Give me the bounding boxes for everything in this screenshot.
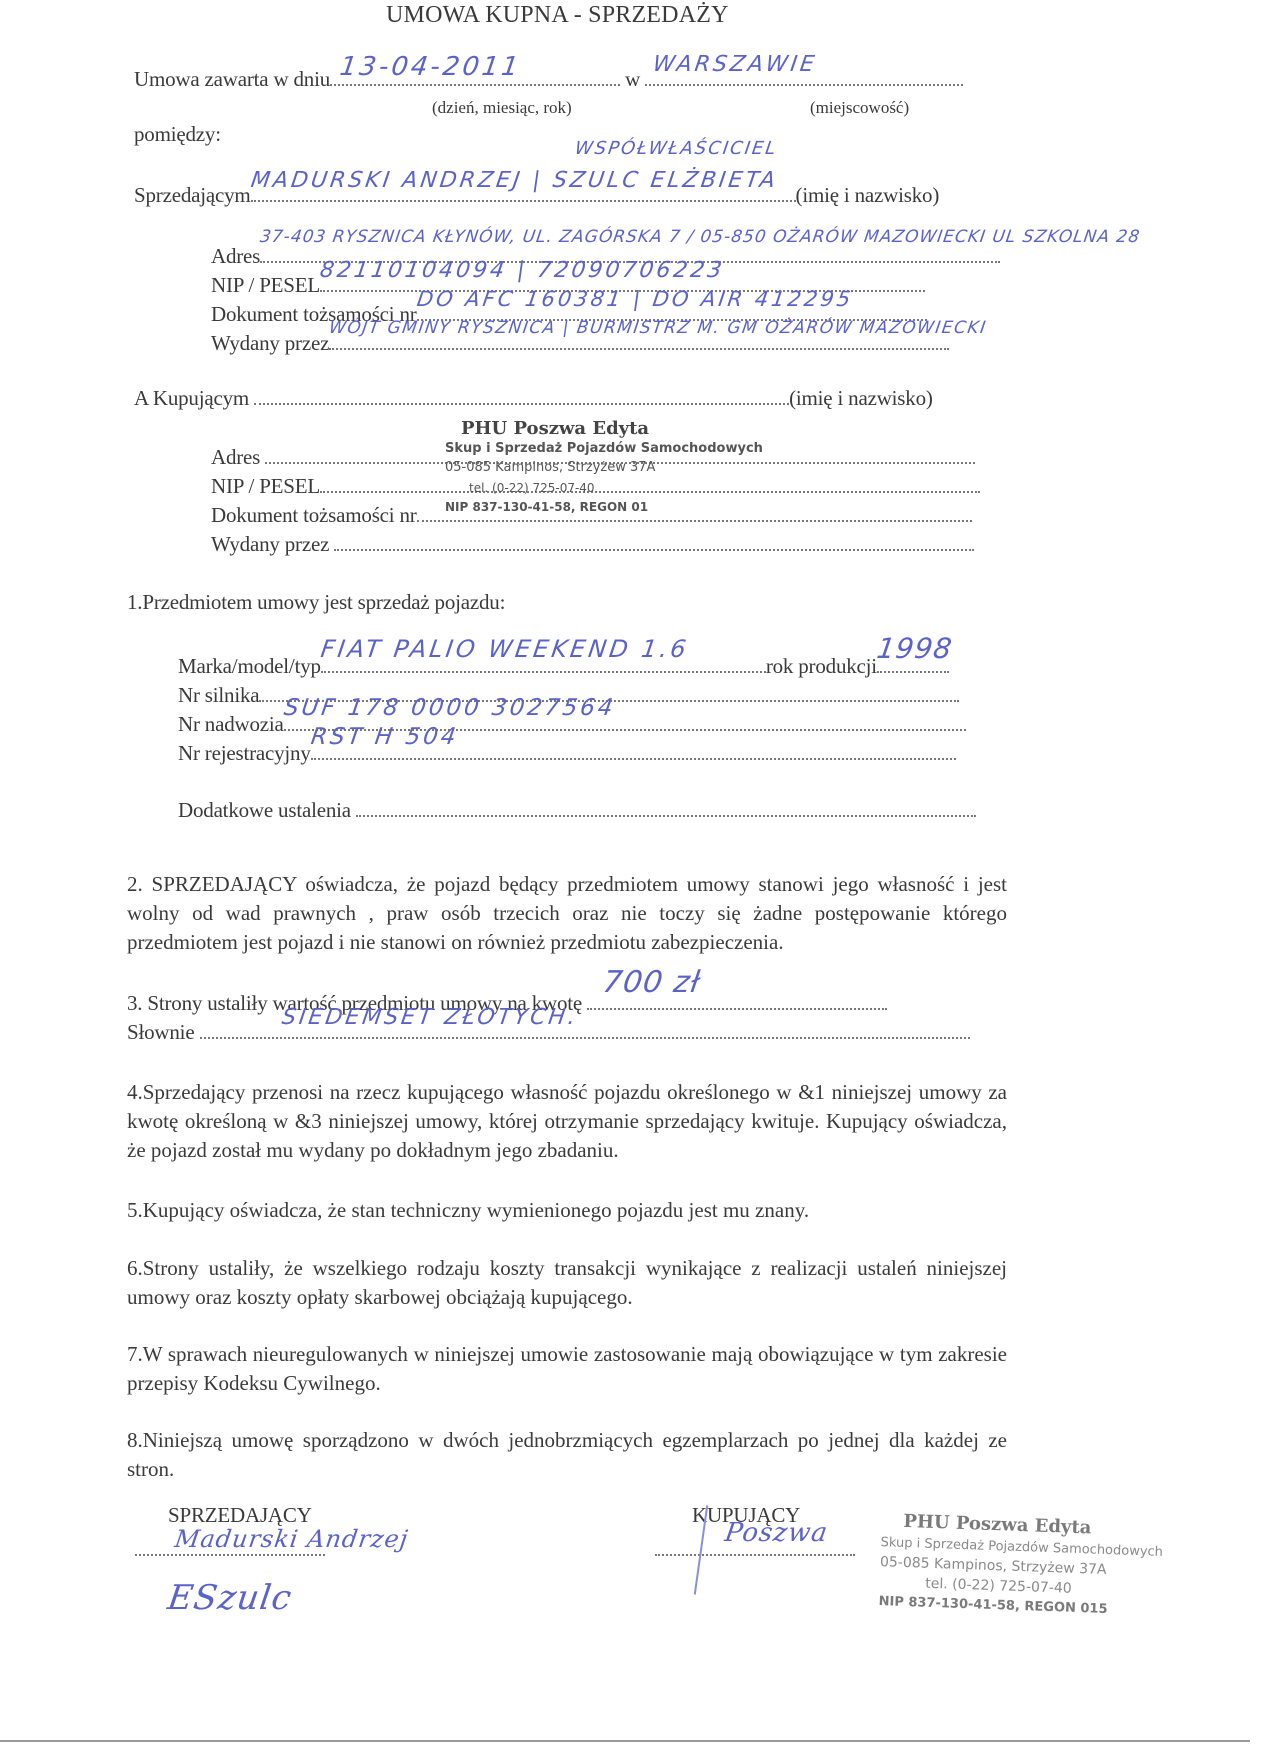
registration-row: Nr rejestracyjnyRST H 504 (178, 740, 956, 764)
stamp-line-3: 05-085 Kampinos, Strzyżew 37A (445, 460, 745, 475)
between-label: pomiędzy: (134, 124, 221, 145)
place-field[interactable]: WARSZAWIE (645, 66, 963, 86)
amount-words-row: Słownie SIEDEMSET ZŁOTYCH. (127, 1019, 970, 1043)
buyer-issued-row: Wydany przez (211, 531, 974, 555)
vin-label: Nr nadwozia (178, 712, 284, 736)
stamp-line-2: Skup i Sprzedaż Pojazdów Samochodowych (445, 441, 745, 456)
page-bottom-edge (0, 1740, 1250, 1742)
buyer-issued-field[interactable] (334, 531, 974, 551)
seller-signature-2: ESzulc (165, 1578, 294, 1618)
seller-issued-label: Wydany przez (211, 331, 329, 355)
section4-text: 4.Sprzedający przenosi na rzecz kupujące… (127, 1078, 1007, 1165)
buyer-name-field[interactable] (254, 385, 789, 405)
seller-signature-label: SPRZEDAJĄCY (168, 1505, 312, 1526)
section6-text: 6.Strony ustaliły, że wszelkiego rodzaju… (127, 1254, 1007, 1312)
buyer-label: A Kupującym (134, 386, 249, 410)
registration-field[interactable]: RST H 504 (311, 740, 956, 760)
make-row: Marka/model/typFIAT PALIO WEEKEND 1.6rok… (178, 653, 949, 677)
vin-value: SUF 178 0000 3027564 (282, 697, 617, 720)
contract-date-value: 13-04-2011 (338, 54, 523, 80)
contract-date-field[interactable]: 13-04-2011 (330, 66, 620, 86)
registration-label: Nr rejestracyjny (178, 741, 311, 765)
seller-name-value: MADURSKI ANDRZEJ | SZULC ELŻBIETA (249, 170, 779, 192)
seller-id-value: DO AFC 160381 | DO AIR 412295 (415, 289, 854, 310)
stamp-line-1: PHU Poszwa Edyta (461, 418, 745, 439)
make-label: Marka/model/typ (178, 654, 321, 678)
seller-issued-field[interactable]: WÓJT GMINY RYSZNICA | BURMISTRZ M. GM OŻ… (329, 330, 949, 350)
extra-field[interactable] (356, 797, 976, 817)
make-field[interactable]: FIAT PALIO WEEKEND 1.6 (321, 653, 766, 673)
buyer-nip-label: NIP / PESEL (211, 474, 320, 498)
stamp-line-5: NIP 837-130-41-58, REGON 01 (445, 500, 745, 514)
seller-name-field[interactable]: MADURSKI ANDRZEJ | SZULC ELŻBIETA (251, 182, 796, 202)
buyer-row: A Kupującym (imię i nazwisko) (134, 385, 933, 409)
buyer-signature: Poszwa (723, 1518, 830, 1548)
seller-row: SprzedającymMADURSKI ANDRZEJ | SZULC ELŻ… (134, 182, 939, 206)
buyer-name-hint: (imię i nazwisko) (789, 386, 933, 410)
seller-label: Sprzedającym (134, 183, 251, 207)
seller-issued-row: Wydany przezWÓJT GMINY RYSZNICA | BURMIS… (211, 330, 949, 354)
seller-address-value: 37-403 RYSZNICA KŁYNÓW, UL. ZAGÓRSKA 7 /… (259, 229, 1141, 246)
seller-name-hint: (imię i nazwisko) (796, 183, 940, 207)
bottom-company-stamp: PHU Poszwa Edyta Skup i Sprzedaż Pojazdó… (878, 1510, 1164, 1619)
contract-date-row: Umowa zawarta w dniu13-04-2011 w WARSZAW… (134, 66, 963, 90)
section8-text: 8.Niniejszą umowę sporządzono w dwóch je… (127, 1426, 1007, 1484)
registration-value: RST H 504 (309, 726, 460, 749)
buyer-address-label: Adres (211, 445, 260, 469)
seller-signature-1: Madurski Andrzej (173, 1525, 410, 1553)
year-field[interactable]: 1998 (877, 653, 949, 673)
section2-text: 2. SPRZEDAJĄCY oświadcza, że pojazd będą… (127, 870, 1007, 957)
contract-date-label: Umowa zawarta w dniu (134, 67, 330, 91)
document-title: UMOWA KUPNA - SPRZEDAŻY (386, 2, 729, 29)
amount-value: 700 zł (601, 968, 702, 998)
year-label: rok produkcji (766, 654, 877, 678)
seller-nip-value: 82110104094 | 72090706223 (319, 260, 726, 282)
buyer-company-stamp: PHU Poszwa Edyta Skup i Sprzedaż Pojazdó… (445, 418, 745, 514)
vin-row: Nr nadwoziaSUF 178 0000 3027564 (178, 711, 966, 735)
make-value: FIAT PALIO WEEKEND 1.6 (319, 637, 690, 661)
place-hint: (miejscowość) (810, 98, 909, 118)
seller-address-label: Adres (211, 244, 260, 268)
amount-words-label: Słownie (127, 1020, 194, 1044)
buyer-issued-label: Wydany przez (211, 532, 329, 556)
stamp-line-4: tel. (0-22) 725-07-40 (469, 481, 745, 495)
engine-label: Nr silnika (178, 683, 259, 707)
date-hint: (dzień, miesiąc, rok) (432, 98, 572, 118)
buyer-id-label: Dokument tożsamości nr (211, 503, 417, 527)
amount-words-value: SIEDEMSET ZŁOTYCH. (280, 1007, 579, 1029)
amount-words-field[interactable]: SIEDEMSET ZŁOTYCH. (200, 1019, 970, 1039)
section5-text: 5.Kupujący oświadcza, że stan techniczny… (127, 1196, 1007, 1225)
place-prefix: w (625, 67, 640, 91)
section7-text: 7.W sprawach nieuregulowanych w niniejsz… (127, 1340, 1007, 1398)
seller-issued-value: WÓJT GMINY RYSZNICA | BURMISTRZ M. GM OŻ… (328, 320, 988, 337)
place-value: WARSZAWIE (652, 54, 819, 76)
co-owner-note: WSPÓŁWŁAŚCICIEL (574, 138, 779, 159)
extra-row: Dodatkowe ustalenia (178, 797, 976, 821)
extra-label: Dodatkowe ustalenia (178, 798, 351, 822)
section1-heading: 1.Przedmiotem umowy jest sprzedaż pojazd… (127, 592, 505, 613)
seller-nip-label: NIP / PESEL (211, 273, 320, 297)
amount-field[interactable]: 700 zł (587, 990, 887, 1010)
year-value: 1998 (875, 635, 954, 663)
